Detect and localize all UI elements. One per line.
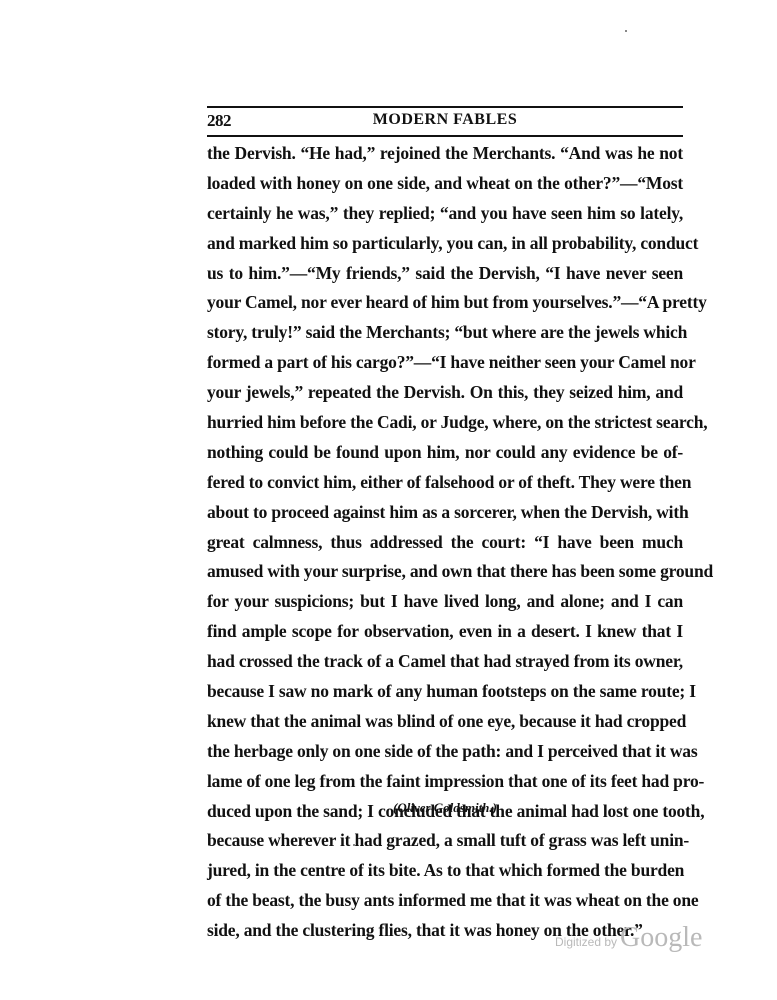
text-line: story, truly!” said the Merchants; “but … (207, 318, 683, 348)
text-line: loaded with honey on one side, and wheat… (207, 169, 683, 199)
text-line: had crossed the track of a Camel that ha… (207, 647, 683, 677)
text-line: certainly he was,” they replied; “and yo… (207, 199, 683, 229)
running-title: MODERN FABLES (207, 111, 683, 129)
header-bottom-rule (207, 135, 683, 137)
text-line: your jewels,” repeated the Dervish. On t… (207, 378, 683, 408)
text-line: lame of one leg from the faint impressio… (207, 767, 683, 797)
text-line: us to him.”—“My friends,” said the Dervi… (207, 259, 683, 289)
text-line: nothing could be found upon him, nor cou… (207, 438, 683, 468)
text-line: great calmness, thus addressed the court… (207, 528, 683, 558)
text-line: and marked him so particularly, you can,… (207, 229, 683, 259)
text-line: jured, in the centre of its bite. As to … (207, 856, 683, 886)
text-line: knew that the animal was blind of one ey… (207, 707, 683, 737)
text-line: hurried him before the Cadi, or Judge, w… (207, 408, 683, 438)
text-line: find ample scope for observation, even i… (207, 617, 683, 647)
text-line: because I saw no mark of any human foots… (207, 677, 683, 707)
text-line: about to proceed against him as a sorcer… (207, 498, 683, 528)
scan-speck (353, 844, 355, 846)
text-line: of the beast, the busy ants informed me … (207, 886, 683, 916)
text-line: because wherever it had grazed, a small … (207, 826, 683, 856)
watermark-prefix: Digitized by (555, 935, 617, 949)
digitized-by-google-watermark: Digitized byGoogle (555, 922, 702, 954)
text-line: formed a part of his cargo?”—“I have nei… (207, 348, 683, 378)
text-line: for your suspicions; but I have lived lo… (207, 587, 683, 617)
text-line: fered to convict him, either of falsehoo… (207, 468, 683, 498)
attribution: (Oliver Goldsmith.) (207, 800, 683, 816)
body-text: the Dervish. “He had,” rejoined the Merc… (207, 139, 683, 946)
text-line: the Dervish. “He had,” rejoined the Merc… (207, 139, 683, 169)
text-line: the herbage only on one side of the path… (207, 737, 683, 767)
header-top-rule (207, 106, 683, 108)
scan-speck (625, 30, 627, 32)
text-line: amused with your surprise, and own that … (207, 557, 683, 587)
google-logo: Google (620, 922, 702, 953)
book-page: 282 MODERN FABLES the Dervish. “He had,”… (0, 0, 777, 1000)
text-line: your Camel, nor ever heard of him but fr… (207, 288, 683, 318)
running-head: 282 MODERN FABLES (207, 109, 683, 133)
